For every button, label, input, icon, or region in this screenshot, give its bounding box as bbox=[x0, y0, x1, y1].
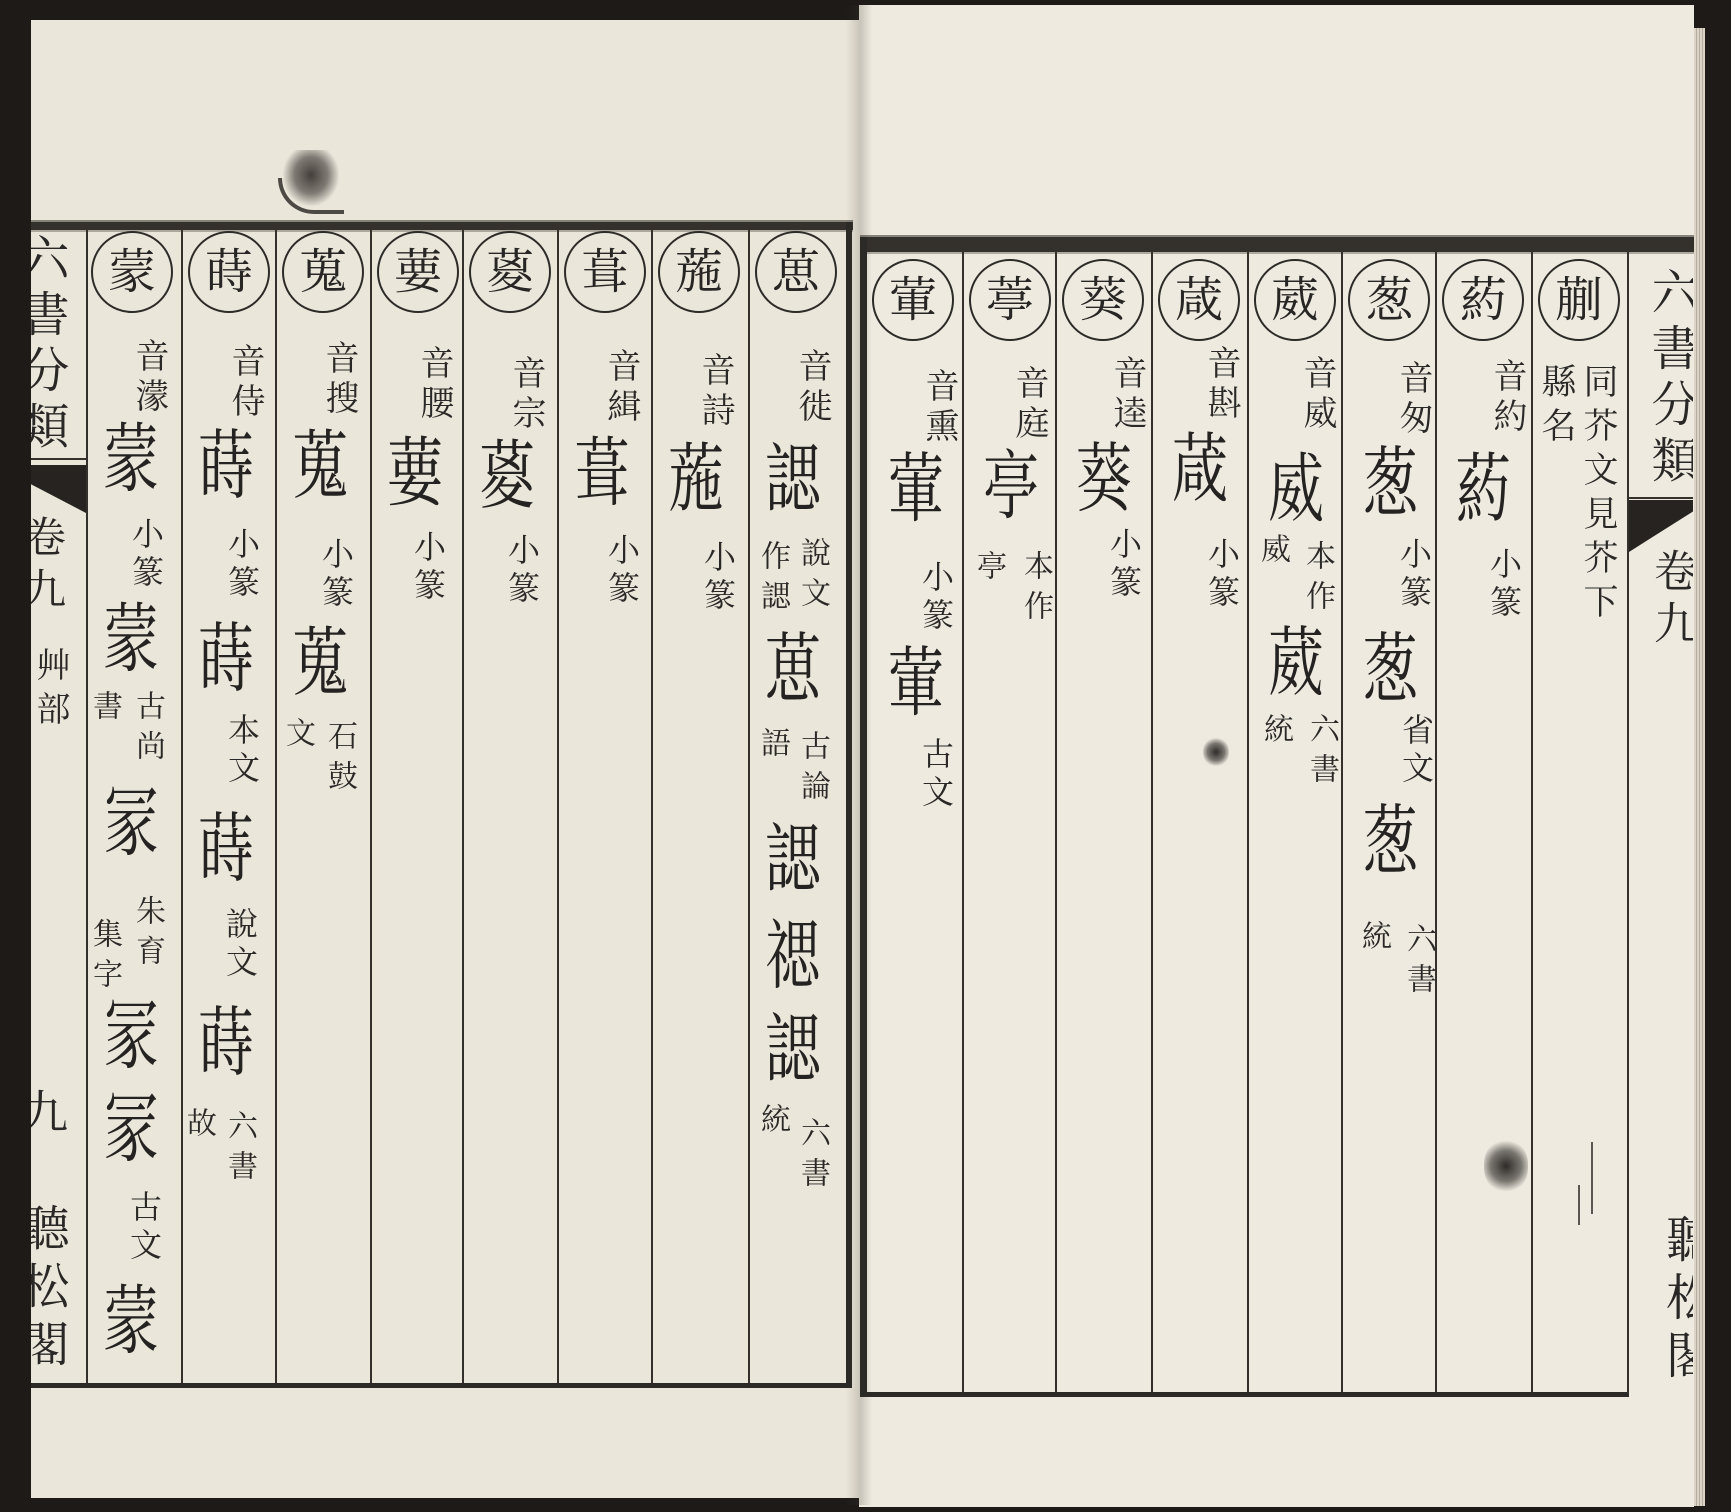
column-divider bbox=[181, 230, 183, 1383]
pronunciation: 音約 bbox=[1490, 358, 1524, 438]
source-note-left: 語 bbox=[757, 727, 787, 767]
source-note-right: 本作 bbox=[1020, 550, 1050, 630]
column-divider bbox=[651, 230, 653, 1383]
head-character-circle: 葽 bbox=[377, 231, 459, 313]
seal-script-glyph: 冡 bbox=[103, 1000, 159, 1076]
printer-name: 聽松閣 bbox=[31, 1203, 65, 1377]
source-note: 小篆 bbox=[1108, 527, 1140, 603]
head-character-circle: 葴 bbox=[1158, 259, 1240, 341]
pronunciation: 音徙 bbox=[795, 348, 829, 428]
head-character-circle: 葵 bbox=[1062, 259, 1144, 341]
seal-script-glyph: 葷 bbox=[888, 647, 944, 723]
source-note-right: 石鼓 bbox=[324, 720, 354, 800]
volume-label: 卷九 bbox=[1649, 548, 1693, 652]
source-note: 本文 bbox=[226, 713, 258, 789]
head-character-circle: 蒙 bbox=[91, 231, 173, 313]
source-note: 說文 bbox=[224, 907, 256, 983]
pronunciation: 音宗 bbox=[509, 355, 543, 435]
pronunciation: 音詩 bbox=[698, 352, 732, 432]
column-divider bbox=[462, 230, 464, 1383]
source-note-right: 古尚 bbox=[132, 690, 162, 770]
pronunciation: 音侍 bbox=[228, 343, 262, 423]
head-character-circle: 葺 bbox=[564, 231, 646, 313]
pronunciation: 音熏 bbox=[922, 368, 956, 448]
pronunciation: 音匆 bbox=[1396, 360, 1430, 440]
seal-script-glyph: 蒔 bbox=[198, 1007, 254, 1083]
head-character-circle: 葸 bbox=[755, 231, 837, 313]
book-title: 六書分類 bbox=[31, 233, 65, 457]
seal-script-glyph: 葼 bbox=[479, 440, 535, 516]
source-note: 小篆 bbox=[1398, 537, 1430, 613]
column-divider bbox=[748, 230, 750, 1383]
column-divider bbox=[557, 230, 559, 1383]
gloss-note-left: 縣名 bbox=[1538, 363, 1573, 451]
source-note: 古文 bbox=[920, 737, 952, 813]
seal-script-glyph: 蒙 bbox=[103, 423, 159, 499]
seal-script-glyph: 威 bbox=[1268, 453, 1324, 529]
printer-name: 聽松閣 bbox=[1662, 1213, 1693, 1387]
seal-script-glyph: 蒐 bbox=[292, 627, 348, 703]
seal-script-glyph: 葽 bbox=[387, 437, 443, 513]
ink-blot bbox=[1203, 738, 1229, 766]
seal-script-glyph: 葯 bbox=[1455, 453, 1511, 529]
source-note-left: 書 bbox=[89, 690, 119, 730]
source-note-left: 威 bbox=[1257, 533, 1287, 573]
ink-scratch bbox=[1578, 1185, 1580, 1225]
head-character-circle: 葳 bbox=[1254, 259, 1336, 341]
source-note-left: 統 bbox=[757, 1103, 787, 1143]
right-frame-bottom-border bbox=[860, 1392, 1629, 1397]
head-character: 蒐 bbox=[299, 248, 347, 296]
head-character-circle: 葱 bbox=[1348, 259, 1430, 341]
column-divider bbox=[1531, 252, 1533, 1392]
seal-script-glyph: 諰 bbox=[765, 443, 821, 519]
head-character-circle: 葷 bbox=[872, 259, 954, 341]
head-character: 蒯 bbox=[1555, 276, 1603, 324]
seal-script-glyph: 葷 bbox=[888, 453, 944, 529]
right-page-center-margin: 六書分類 卷九 聽松閣 bbox=[1629, 252, 1693, 1394]
head-character: 葺 bbox=[581, 248, 629, 296]
head-character-circle: 蒐 bbox=[282, 231, 364, 313]
pronunciation: 音緝 bbox=[604, 348, 638, 428]
head-character-circle: 葹 bbox=[658, 231, 740, 313]
gloss-note-right: 同芥文見芥下 bbox=[1580, 363, 1615, 627]
source-note: 小篆 bbox=[506, 533, 538, 609]
source-note: 小篆 bbox=[226, 527, 258, 603]
source-note: 小篆 bbox=[920, 560, 952, 636]
seal-script-glyph: 蒔 bbox=[198, 430, 254, 506]
source-note: 小篆 bbox=[412, 530, 444, 606]
source-note-right: 六書 bbox=[1403, 923, 1433, 1003]
source-note: 古文 bbox=[128, 1190, 160, 1266]
left-frame-top-border bbox=[31, 222, 853, 230]
source-note: 小篆 bbox=[1206, 537, 1238, 613]
seal-script-glyph: 蒙 bbox=[103, 1285, 159, 1361]
fish-tail-mark bbox=[1629, 500, 1693, 552]
seal-script-glyph: 諰 bbox=[765, 823, 821, 899]
head-character: 葴 bbox=[1175, 276, 1223, 324]
print-layer: 六書分類 卷九 艸部 九 聽松閣 葸 音徙 諰 說文 作諰 葸 古論 語 諰 禗… bbox=[0, 0, 1731, 1512]
pronunciation: 音庭 bbox=[1012, 365, 1046, 445]
head-character: 葽 bbox=[394, 248, 442, 296]
seal-script-glyph: 蒐 bbox=[292, 430, 348, 506]
source-note: 小篆 bbox=[1488, 547, 1520, 623]
seal-script-glyph: 諰 bbox=[765, 1013, 821, 1089]
column-divider bbox=[275, 230, 277, 1383]
source-note-left: 集字 bbox=[89, 918, 119, 998]
fish-tail-mark bbox=[31, 465, 86, 513]
section-label: 艸部 bbox=[33, 647, 67, 735]
seal-script-glyph: 葴 bbox=[1172, 433, 1228, 509]
head-character-circle: 蒔 bbox=[188, 231, 270, 313]
book-title: 六書分類 bbox=[1647, 267, 1693, 491]
source-note: 小篆 bbox=[320, 537, 352, 613]
pronunciation: 音搜 bbox=[322, 340, 356, 420]
source-note-left: 故 bbox=[183, 1107, 213, 1147]
pronunciation: 音腰 bbox=[417, 345, 451, 425]
head-character: 蒔 bbox=[205, 248, 253, 296]
source-note-right: 六書 bbox=[1306, 713, 1336, 793]
source-note-right: 古論 bbox=[797, 730, 827, 810]
folio-number: 九 bbox=[31, 1088, 65, 1134]
source-note-right: 六書 bbox=[797, 1117, 827, 1197]
head-character: 葳 bbox=[1271, 276, 1319, 324]
ink-blot bbox=[1484, 1140, 1528, 1192]
column-divider bbox=[370, 230, 372, 1383]
pronunciation: 音斟 bbox=[1204, 345, 1238, 425]
seal-script-glyph: 葺 bbox=[574, 437, 630, 513]
seal-script-glyph: 冡 bbox=[103, 1093, 159, 1169]
source-note: 小篆 bbox=[130, 517, 162, 593]
right-frame-top-border bbox=[860, 237, 1694, 252]
left-frame-right-border bbox=[846, 222, 852, 1388]
head-character: 葵 bbox=[1079, 276, 1127, 324]
column-divider bbox=[1247, 252, 1249, 1392]
seal-script-glyph: 蒙 bbox=[103, 603, 159, 679]
ink-smudge-curve bbox=[278, 178, 344, 214]
seal-script-glyph: 葹 bbox=[668, 443, 724, 519]
source-note-right: 說文 bbox=[797, 537, 827, 617]
source-note: 省文 bbox=[1400, 713, 1432, 789]
head-character: 蒙 bbox=[108, 248, 156, 296]
column-divider bbox=[1341, 252, 1343, 1392]
source-note: 小篆 bbox=[606, 533, 638, 609]
head-character: 葸 bbox=[772, 248, 820, 296]
source-note-right: 朱育 bbox=[132, 895, 162, 975]
ink-scratch bbox=[1591, 1142, 1593, 1214]
source-note-right: 六書 bbox=[224, 1110, 254, 1190]
head-character-circle: 葼 bbox=[469, 231, 551, 313]
seal-script-glyph: 亭 bbox=[983, 450, 1039, 526]
head-character-circle: 葶 bbox=[969, 259, 1051, 341]
left-page-center-margin: 六書分類 卷九 艸部 九 聽松閣 bbox=[31, 230, 86, 1383]
head-character: 葼 bbox=[486, 248, 534, 296]
source-note-left: 統 bbox=[1260, 713, 1290, 753]
seal-script-glyph: 蒔 bbox=[198, 813, 254, 889]
pronunciation: 音逵 bbox=[1110, 355, 1144, 435]
column-divider bbox=[1435, 252, 1437, 1392]
volume-label: 卷九 bbox=[31, 515, 63, 619]
seal-script-glyph: 蒔 bbox=[198, 623, 254, 699]
source-note-left: 亭 bbox=[973, 550, 1003, 590]
head-character-circle: 蒯 bbox=[1538, 259, 1620, 341]
head-character: 葹 bbox=[675, 248, 723, 296]
column-divider bbox=[1055, 252, 1057, 1392]
column-divider bbox=[86, 230, 88, 1383]
seal-script-glyph: 禗 bbox=[765, 920, 821, 996]
source-note-left: 作諰 bbox=[757, 540, 787, 620]
title-box-line bbox=[31, 458, 86, 460]
title-box-line bbox=[1629, 497, 1693, 499]
seal-script-glyph: 葳 bbox=[1268, 627, 1324, 703]
left-frame-bottom-border bbox=[31, 1383, 852, 1388]
pronunciation: 音威 bbox=[1300, 355, 1334, 435]
seal-script-glyph: 葱 bbox=[1362, 447, 1418, 523]
pronunciation: 音濛 bbox=[132, 338, 166, 418]
head-character: 葱 bbox=[1365, 276, 1413, 324]
source-note: 小篆 bbox=[702, 540, 734, 616]
source-note-left: 統 bbox=[1358, 920, 1388, 960]
seal-script-glyph: 葵 bbox=[1076, 443, 1132, 519]
seal-script-glyph: 葱 bbox=[1362, 633, 1418, 709]
seal-script-glyph: 葱 bbox=[1362, 805, 1418, 881]
source-note-right: 本作 bbox=[1302, 540, 1332, 620]
head-character-circle: 葯 bbox=[1442, 259, 1524, 341]
column-divider bbox=[962, 252, 964, 1392]
right-frame-left-border bbox=[860, 237, 867, 1397]
column-divider bbox=[1151, 252, 1153, 1392]
head-character: 葷 bbox=[889, 276, 937, 324]
source-note-left: 文 bbox=[282, 717, 312, 757]
seal-script-glyph: 冡 bbox=[103, 787, 159, 863]
head-character: 葶 bbox=[986, 276, 1034, 324]
seal-script-glyph: 葸 bbox=[765, 633, 821, 709]
head-character: 葯 bbox=[1459, 276, 1507, 324]
